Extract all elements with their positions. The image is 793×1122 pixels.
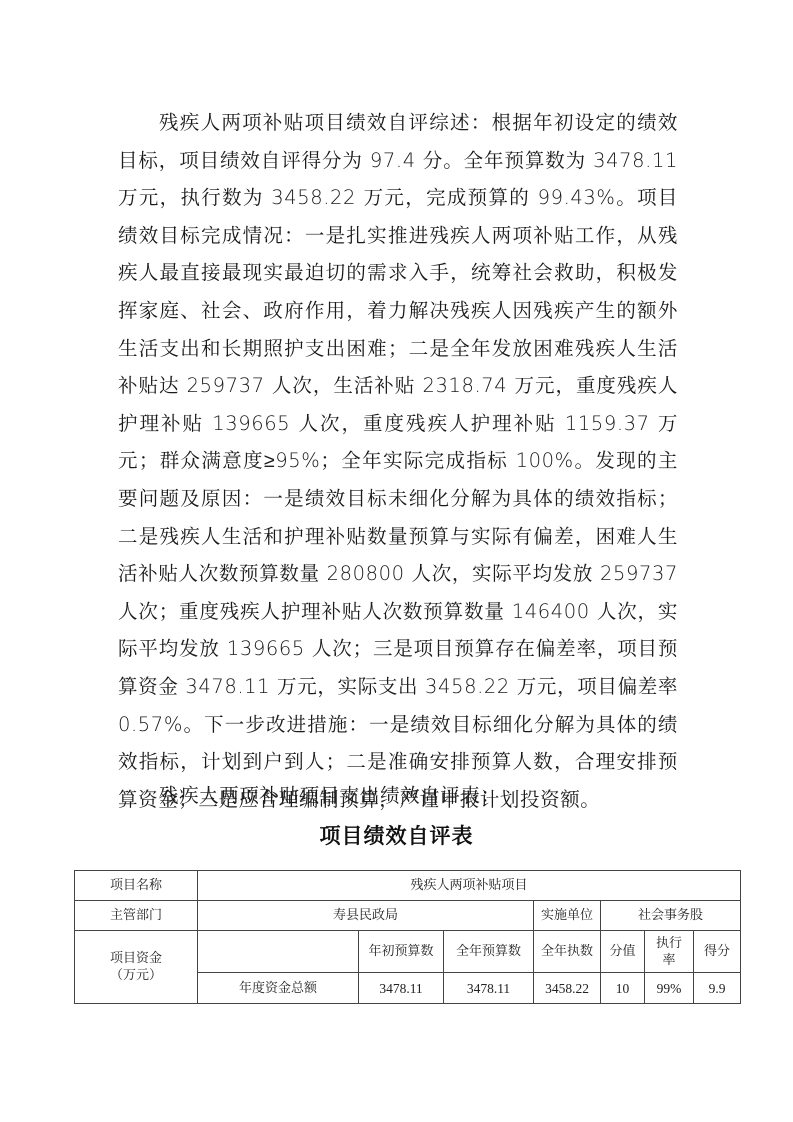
header-score-value: 分值 — [601, 931, 645, 973]
funds-label-line1: 项目资金 — [110, 951, 162, 966]
department-label: 主管部门 — [75, 901, 198, 931]
funds-label-line2: （万元） — [110, 968, 162, 983]
table-caption: 残疾人两项补贴项目支出绩效自评表： — [118, 777, 678, 815]
table-row-department: 主管部门 寿县民政局 实施单位 社会事务股 — [75, 901, 741, 931]
summary-paragraph: 残疾人两项补贴项目绩效自评综述：根据年初设定的绩效目标，项目绩效自评得分为 97… — [118, 104, 678, 818]
table-row-funds-header: 项目资金 （万元） 年初预算数 全年预算数 全年执数 分值 执行 率 得分 — [75, 931, 741, 973]
total-funds-label: 年度资金总额 — [198, 973, 359, 1004]
table-title: 项目绩效自评表 — [0, 820, 793, 850]
implementing-unit-value: 社会事务股 — [601, 901, 741, 931]
document-page: 残疾人两项补贴项目绩效自评综述：根据年初设定的绩效目标，项目绩效自评得分为 97… — [0, 0, 793, 1122]
header-execution-rate: 执行 率 — [645, 931, 694, 973]
header-execution-rate-line2: 率 — [662, 953, 675, 968]
department-value: 寿县民政局 — [198, 901, 534, 931]
funds-label: 项目资金 （万元） — [75, 931, 198, 1004]
table-caption-section: 残疾人两项补贴项目支出绩效自评表： — [118, 777, 678, 815]
header-initial-budget: 年初预算数 — [359, 931, 444, 973]
project-name-label: 项目名称 — [75, 871, 198, 901]
header-score: 得分 — [694, 931, 741, 973]
funds-header-blank — [198, 931, 359, 973]
total-score-value: 10 — [601, 973, 645, 1004]
total-execution-rate: 99% — [645, 973, 694, 1004]
total-annual-budget: 3478.11 — [444, 973, 534, 1004]
table-row-project-name: 项目名称 残疾人两项补贴项目 — [75, 871, 741, 901]
performance-evaluation-table: 项目名称 残疾人两项补贴项目 主管部门 寿县民政局 实施单位 社会事务股 项目资… — [74, 870, 741, 1004]
total-score: 9.9 — [694, 973, 741, 1004]
implementing-unit-label: 实施单位 — [534, 901, 601, 931]
header-annual-budget: 全年预算数 — [444, 931, 534, 973]
project-name-value: 残疾人两项补贴项目 — [198, 871, 741, 901]
total-annual-execution: 3458.22 — [534, 973, 601, 1004]
summary-section: 残疾人两项补贴项目绩效自评综述：根据年初设定的绩效目标，项目绩效自评得分为 97… — [118, 104, 678, 818]
header-annual-execution: 全年执数 — [534, 931, 601, 973]
header-execution-rate-line1: 执行 — [656, 936, 682, 951]
total-initial-budget: 3478.11 — [359, 973, 444, 1004]
